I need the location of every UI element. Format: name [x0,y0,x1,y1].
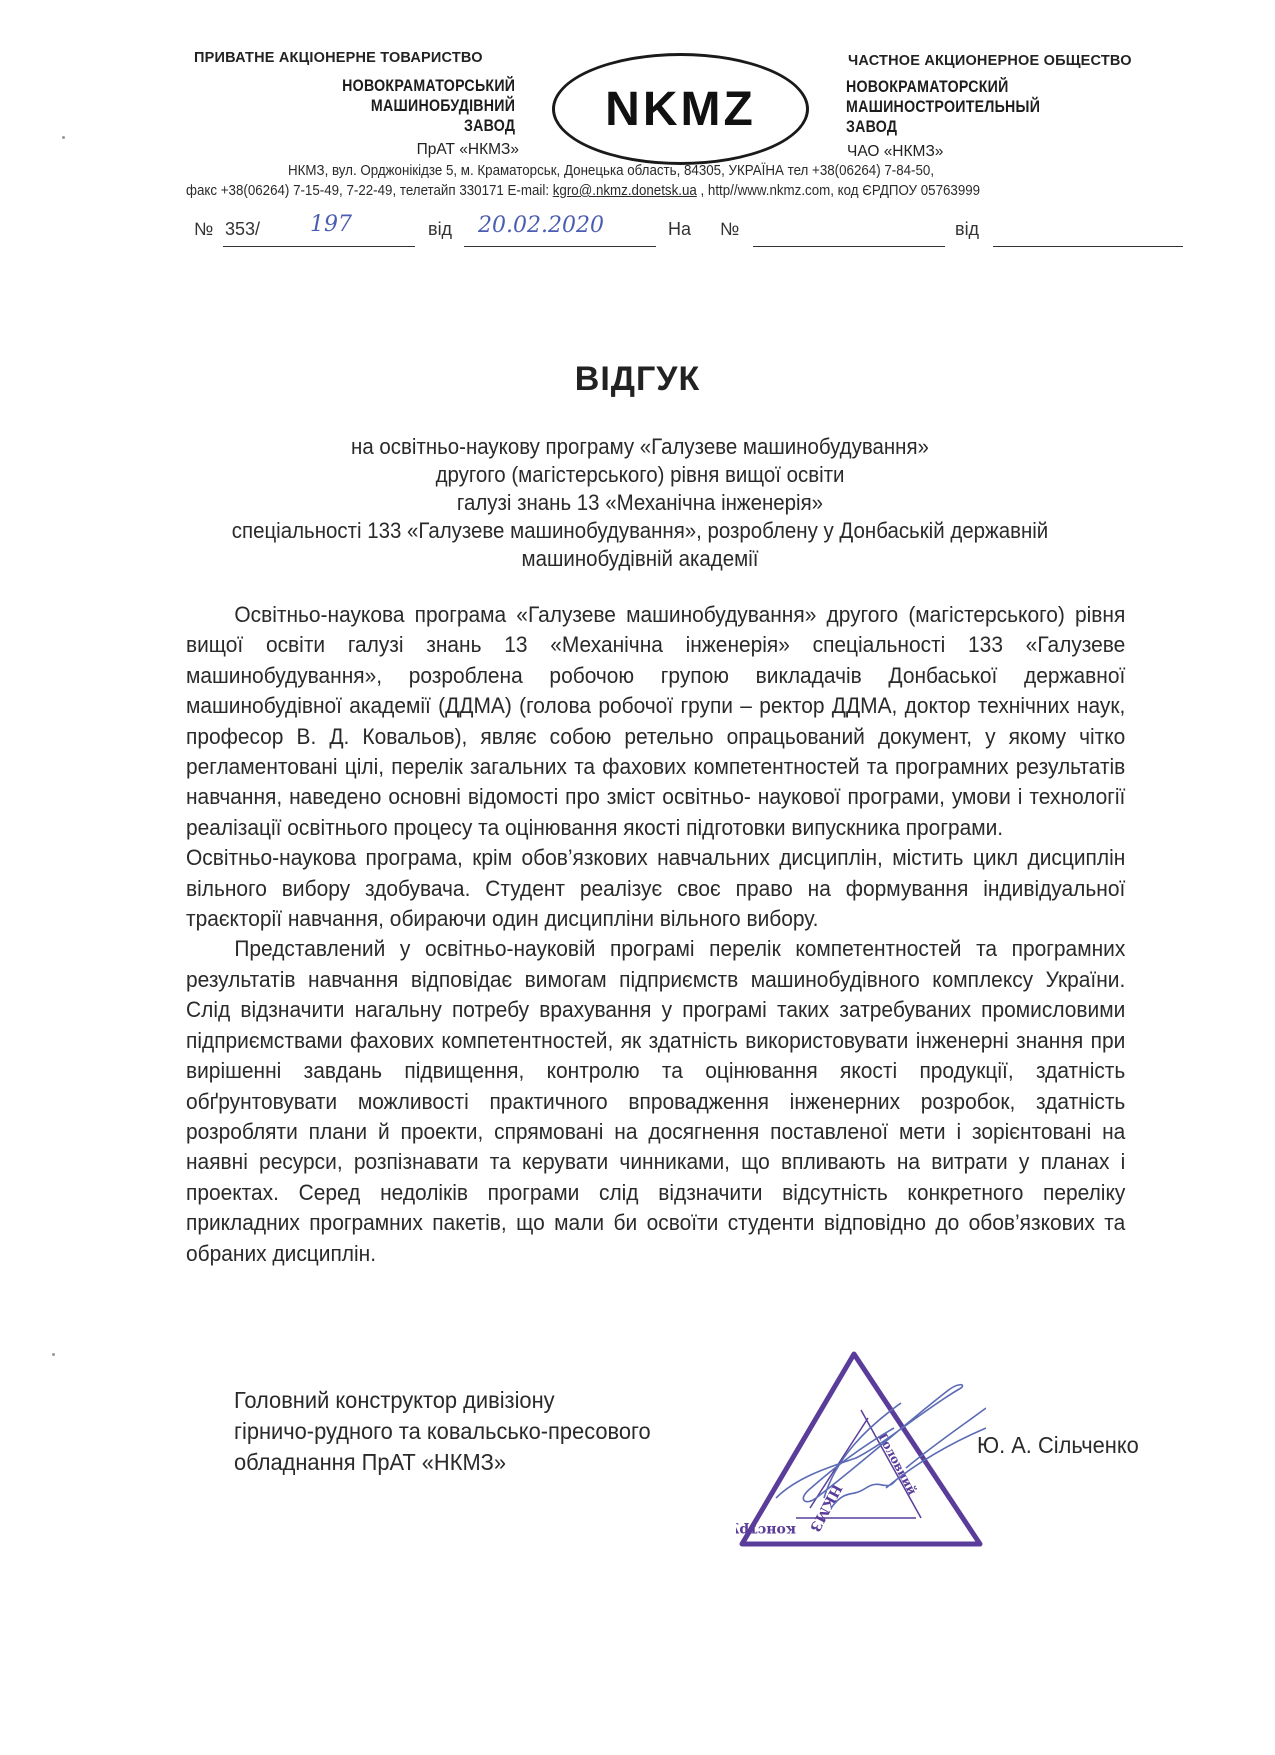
nkmz-logo: NKMZ [552,53,809,165]
company-type-rus: ЧАСТНОЕ АКЦИОНЕРНОЕ ОБЩЕСТВО [848,53,1132,69]
from-label: від [428,219,452,240]
company-name-ukr: НОВОКРАМАТОРСЬКИЙ МАШИНОБУДІВНИЙ ЗАВОД [342,76,515,136]
company-name-rus-line1: НОВОКРАМАТОРСКИЙ [846,77,1040,97]
company-abbr-rus: ЧАО «НКМЗ» [847,143,943,161]
document-body: Освітньо-наукова програма «Галузеве маши… [186,600,1125,1269]
subtitle-line: спеціальності 133 «Галузеве машинобудува… [166,517,1115,545]
subtitle-line: на освітньо-наукову програму «Галузеве м… [166,433,1115,461]
address-line-2: факс +38(06264) 7-15-49, 7-22-49, телета… [186,183,980,199]
logo-text: NKMZ [605,82,756,137]
company-name-ukr-line2: МАШИНОБУДІВНИЙ [342,96,515,116]
signatory-role-line1: Головний конструктор дивізіону [234,1385,651,1416]
company-abbr-ukr: ПрАТ «НКМЗ» [417,141,519,159]
number-handwritten: 197 [310,212,352,237]
stamp-text-bottom: конструктор [736,1522,796,1538]
contact-phones: факс +38(06264) 7-15-49, 7-22-49, телета… [186,183,553,199]
stamp-text-left: НКМЗ [806,1481,844,1534]
company-name-ukr-line3: ЗАВОД [342,116,515,136]
document-title: ВІДГУК [0,360,1275,399]
company-name-rus-line2: МАШИНОСТРОИТЕЛЬНЫЙ [846,97,1040,117]
reply-date-field [993,222,1183,247]
date-handwritten: 20.02.2020 [478,213,604,238]
signatory-name: Ю. А. Сільченко [977,1432,1139,1459]
number-printed: 353/ [225,219,260,240]
reply-number-label: № [720,219,739,240]
scan-speck [62,136,65,139]
subtitle-line: галузі знань 13 «Механічна інженерія» [166,489,1115,517]
reply-from-label: від [955,219,979,240]
scan-speck [52,1353,55,1356]
document-subtitle: на освітньо-наукову програму «Галузеве м… [166,433,1115,573]
body-paragraph-2: Освітньо-наукова програма, крім обов’язк… [186,843,1125,934]
company-name-ukr-line1: НОВОКРАМАТОРСЬКИЙ [342,76,515,96]
subtitle-line: другого (магістерського) рівня вищої осв… [166,461,1115,489]
subtitle-line: машинобудівній академії [166,545,1115,573]
body-paragraph-3: Представлений у освітньо-науковій програ… [186,934,1125,1268]
address-line-1: НКМЗ, вул. Орджонікідзе 5, м. Краматорсь… [288,163,934,179]
signatory-role: Головний конструктор дивізіону гірничо-р… [234,1385,651,1478]
reply-number-field [753,222,945,247]
triangular-stamp-icon: НКМЗ Головний конструктор [736,1348,986,1558]
reply-label: На [668,219,691,240]
company-type-ukr: ПРИВАТНЕ АКЦІОНЕРНЕ ТОВАРИСТВО [194,50,483,66]
website-and-code: , http//www.nkmz.com, код ЄРДПОУ 0576399… [697,183,980,199]
number-label: № [194,219,213,240]
company-name-rus: НОВОКРАМАТОРСКИЙ МАШИНОСТРОИТЕЛЬНЫЙ ЗАВО… [846,77,1040,137]
company-name-rus-line3: ЗАВОД [846,117,1040,137]
signatory-role-line2: гірничо-рудного та ковальсько-пресового [234,1416,651,1447]
signatory-role-line3: обладнання ПрАТ «НКМЗ» [234,1447,651,1478]
email-link[interactable]: kgro@.nkmz.donetsk.ua [553,183,697,199]
body-paragraph-1: Освітньо-наукова програма «Галузеве маши… [186,600,1125,843]
